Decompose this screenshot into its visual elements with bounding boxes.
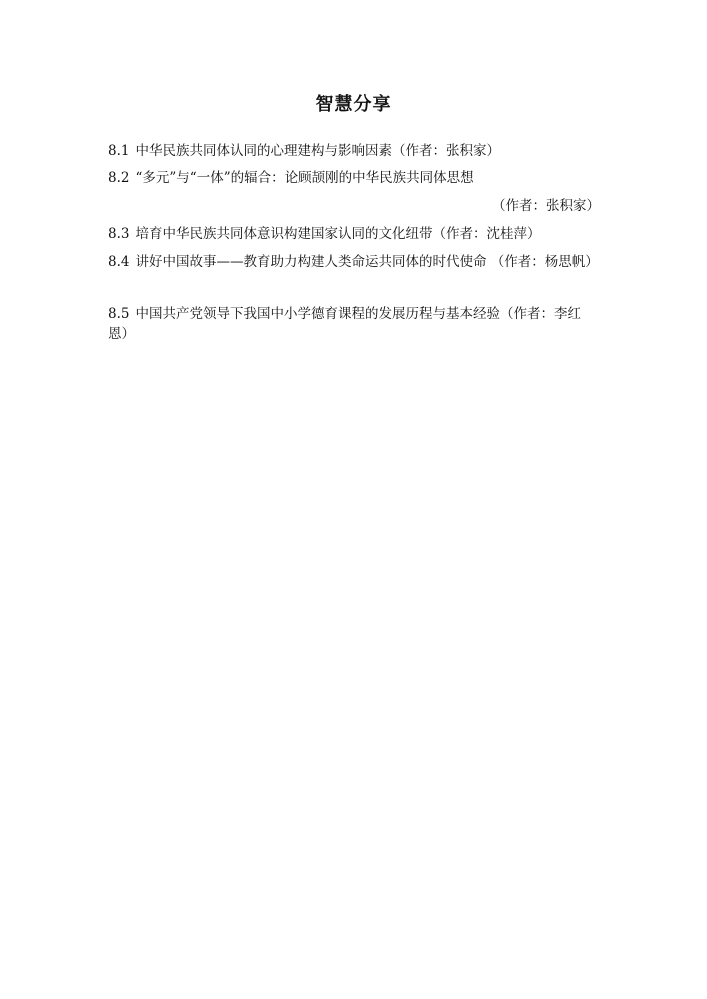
toc-entry-8-3: 8.3培育中华民族共同体意识构建国家认同的文化纽带（作者：沈桂萍） xyxy=(108,222,600,246)
toc-entry-8-4: 8.4讲好中国故事——教育助力构建人类命运共同体的时代使命 （作者：杨思帆） xyxy=(108,250,600,274)
entry-number: 8.1 xyxy=(108,143,129,159)
entry-text: 中华民族共同体认同的心理建构与影响因素（作者：张积家） xyxy=(135,143,500,159)
page-title: 智慧分享 xyxy=(0,90,707,116)
entry-number: 8.3 xyxy=(108,226,129,242)
entry-text: 讲好中国故事——教育助力构建人类命运共同体的时代使命 （作者：杨思帆） xyxy=(135,254,598,270)
entry-number: 8.4 xyxy=(108,254,129,270)
entry-text: “多元”与“一体”的辐合：论顾颉刚的中华民族共同体思想 xyxy=(135,170,473,186)
toc-entry-8-5: 8.5中国共产党领导下我国中小学德育课程的发展历程与基本经验（作者：李红恩） xyxy=(108,304,600,344)
entry-text: 中国共产党领导下我国中小学德育课程的发展历程与基本经验（作者：李红恩） xyxy=(108,306,581,342)
toc-entry-8-2: 8.2“多元”与“一体”的辐合：论顾颉刚的中华民族共同体思想 （作者：张积家） xyxy=(108,166,600,218)
entry-number: 8.5 xyxy=(108,306,129,322)
entry-author: （作者：张积家） xyxy=(108,194,600,218)
entry-number: 8.2 xyxy=(108,170,129,186)
entry-text: 培育中华民族共同体意识构建国家认同的文化纽带（作者：沈桂萍） xyxy=(135,226,540,242)
toc-entry-8-1: 8.1中华民族共同体认同的心理建构与影响因素（作者：张积家） xyxy=(108,139,600,163)
